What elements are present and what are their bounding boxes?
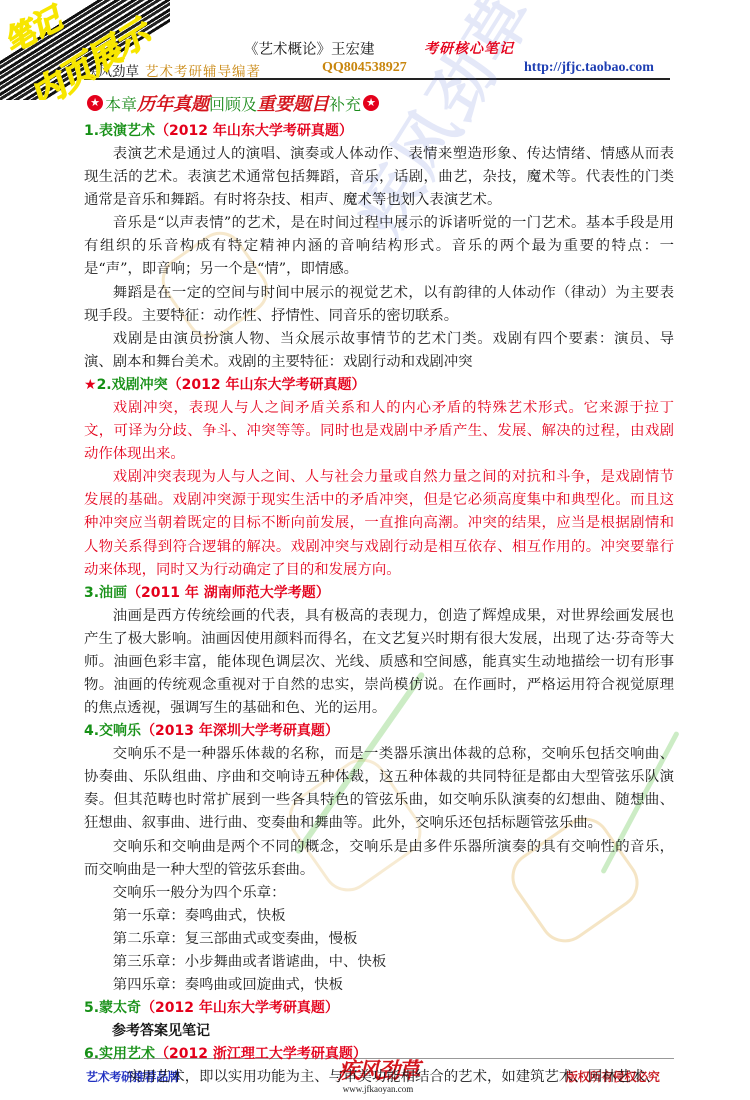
paragraph: 油画是西方传统绘画的代表，具有极高的表现力，创造了辉煌成果，对世界绘画发展也产生…	[84, 605, 674, 720]
movement-line: 第四乐章：奏鸣曲或回旋曲式，快板	[84, 974, 674, 997]
paragraph: 实用艺术，即以实用功能为主、与审美功能相结合的艺术，如建筑艺术、园林艺术、	[84, 1066, 674, 1089]
question-title: 2.戏剧冲突	[97, 377, 168, 393]
question-source: （2012 年山东大学考研真题）	[141, 1000, 339, 1016]
answer-note: 参考答案见笔记	[84, 1020, 674, 1043]
star-icon: ★	[84, 377, 97, 393]
question-source: （2011 年 湖南师范大学考题）	[127, 585, 330, 601]
question-source: （2012 年山东大学考研真题）	[168, 377, 366, 393]
question-heading: 6.实用艺术（2012 浙江理工大学考研真题）	[84, 1043, 674, 1066]
question-heading: ★2.戏剧冲突（2012 年山东大学考研真题）	[84, 374, 674, 397]
movement-line: 第三乐章：小步舞曲或者谐谑曲，中、快板	[84, 951, 674, 974]
paragraph: 音乐是“以声表情”的艺术，是在时间过程中展示的诉诸听觉的一门艺术。基本手段是用有…	[84, 212, 674, 281]
shop-url-link[interactable]: http://jfjc.taobao.com	[524, 60, 654, 76]
core-notes-label: 考研核心笔记	[424, 38, 514, 58]
question-heading: 3.油画（2011 年 湖南师范大学考题）	[84, 582, 674, 605]
movement-line: 第二乐章：复三部曲式或变奏曲，慢板	[84, 928, 674, 951]
document-body: 1.表演艺术（2012 年山东大学考研真题） 表演艺术是通过人的演唱、演奏或人体…	[84, 120, 674, 1089]
paragraph: 交响乐不是一种器乐体裁的名称，而是一类器乐演出体裁的总称，交响乐包括交响曲、协奏…	[84, 743, 674, 835]
question-title: 5.蒙太奇	[84, 1000, 141, 1016]
question-source: （2013 年深圳大学考研真题）	[141, 723, 339, 739]
question-heading: 5.蒙太奇（2012 年山东大学考研真题）	[84, 997, 674, 1020]
paragraph: 舞蹈是在一定的空间与时间中展示的视觉艺术，以有韵律的人体动作（律动）为主要表现手…	[84, 282, 674, 328]
question-title: 3.油画	[84, 585, 127, 601]
paragraph: 表演艺术是通过人的演唱、演奏或人体动作、表情来塑造形象、传达情绪、情感从而表现生…	[84, 143, 674, 212]
question-title: 4.交响乐	[84, 723, 141, 739]
book-title: 《艺术概论》王宏建	[244, 38, 375, 59]
paragraph: 交响乐和交响曲是两个不同的概念，交响乐是由多件乐器所演奏的具有交响性的音乐，而交…	[84, 836, 674, 882]
qq-contact: QQ804538927	[322, 60, 407, 76]
movement-line: 第一乐章：奏鸣曲式，快板	[84, 905, 674, 928]
section-title-part: 重要题目	[257, 90, 329, 116]
section-title-part: 回顾及	[209, 92, 257, 115]
paragraph-highlighted: 戏剧冲突表现为人与人之间、人与社会力量或自然力量之间的对抗和斗争，是戏剧情节发展…	[84, 466, 674, 581]
question-source: （2012 年山东大学考研真题）	[155, 123, 353, 139]
question-source: （2012 浙江理工大学考研真题）	[155, 1046, 367, 1062]
corner-badge-logo: 笔记 内页展示	[0, 0, 170, 100]
question-title: 6.实用艺术	[84, 1046, 155, 1062]
question-heading: 1.表演艺术（2012 年山东大学考研真题）	[84, 120, 674, 143]
section-title-part: 补充	[329, 92, 361, 115]
movement-line: 交响乐一般分为四个乐章：	[84, 882, 674, 905]
paragraph: 戏剧是由演员扮演人物、当众展示故事情节的艺术门类。戏剧有四个要素：演员、导演、剧…	[84, 328, 674, 374]
paragraph-highlighted: 戏剧冲突，表现人与人之间矛盾关系和人的内心矛盾的特殊艺术形式。它来源于拉丁文，可…	[84, 397, 674, 466]
question-heading: 4.交响乐（2013 年深圳大学考研真题）	[84, 720, 674, 743]
question-title: 1.表演艺术	[84, 123, 155, 139]
star-circle-icon: ★	[363, 95, 379, 111]
